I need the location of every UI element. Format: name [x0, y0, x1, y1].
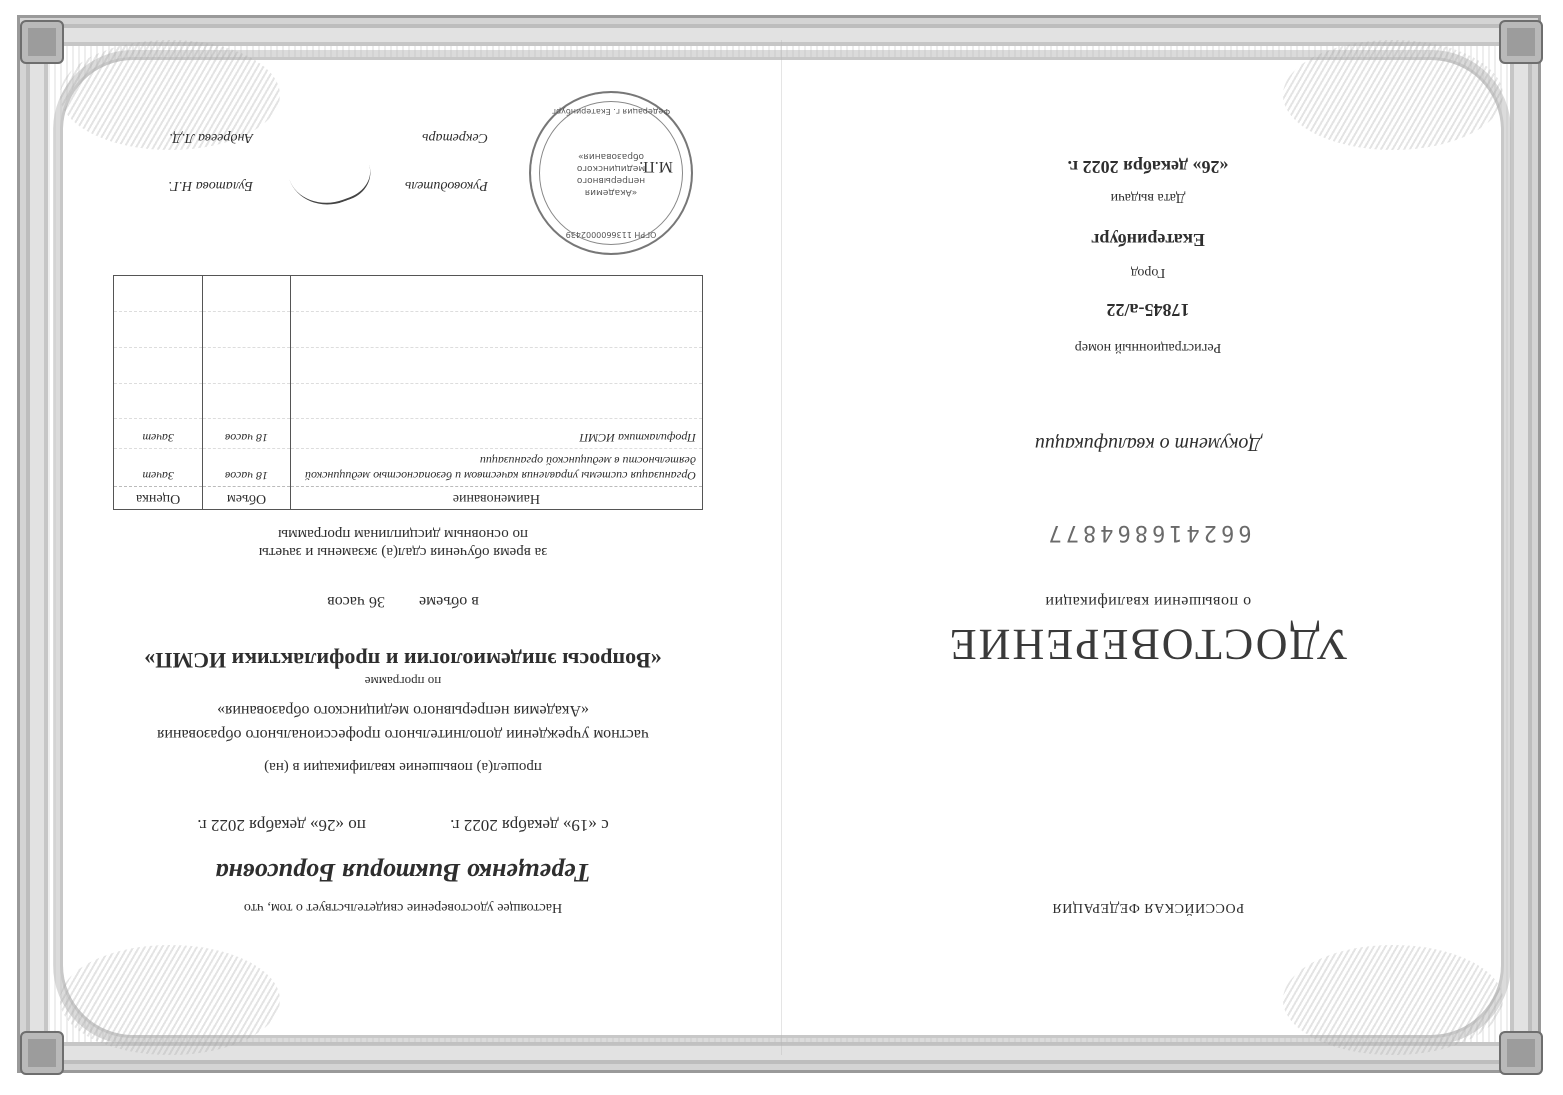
- stamp-ring-bottom: Федерация г. Екатеринбург: [531, 107, 691, 116]
- document-type: Документ о квалификации: [823, 432, 1473, 455]
- holder-name: Терещенко Виктория Борисовна: [93, 857, 713, 887]
- city-label: Город: [823, 264, 1473, 280]
- document-subtitle: о повышении квалификации: [823, 592, 1473, 610]
- volume: в объеме 36 часов: [93, 592, 713, 610]
- program-name: «Вопросы эпидемиологии и профилактики ИС…: [93, 647, 713, 673]
- stamp-ring-top: ОГРН 1136600002439: [531, 230, 691, 239]
- cover-page: РОССИЙСКАЯ ФЕДЕРАЦИЯ УДОСТОВЕРЕНИЕ о пов…: [823, 85, 1473, 1015]
- fold-line: [781, 40, 782, 1055]
- signer-role-secretary: Секретарь: [422, 129, 488, 145]
- body-page: Настоящее удостоверение свидетельствует …: [93, 85, 713, 1015]
- corner-ornament-icon: [1499, 1031, 1543, 1075]
- table-header-row: Наименование Объем Оценка: [114, 487, 703, 510]
- certificate-sheet: РОССИЙСКАЯ ФЕДЕРАЦИЯ УДОСТОВЕРЕНИЕ о пов…: [0, 0, 1563, 1095]
- city-value: Екатеринбург: [823, 229, 1473, 250]
- seal-mark: М.П.: [639, 157, 673, 175]
- table-row-empty: [114, 347, 703, 383]
- issue-date-label: Дата выдачи: [823, 189, 1473, 205]
- table-row-empty: [114, 311, 703, 347]
- organization-line-2: «Академия непрерывного медицинского обра…: [93, 701, 713, 719]
- period-from: с «19» декабря 2022 г.: [450, 816, 609, 835]
- organization-line-1: частном учреждении дополнительного профе…: [93, 725, 713, 743]
- discipline-name: Профилактика ИСМП: [290, 419, 702, 449]
- period-to: по «26» декабря 2022 г.: [197, 816, 366, 835]
- discipline-volume: 18 часов: [203, 419, 290, 449]
- signature-icon: [278, 121, 378, 216]
- signer-name-director: Булатова Н.Г.: [168, 177, 253, 193]
- exams-text-2: по основным дисциплинам программы: [93, 525, 713, 542]
- corner-ornament-icon: [20, 1031, 64, 1075]
- disciplines-table: Наименование Объем Оценка Организация си…: [113, 275, 703, 510]
- document-title: УДОСТОВЕРЕНИЕ: [823, 619, 1473, 670]
- corner-ornament-icon: [20, 20, 64, 64]
- table-row-empty: [114, 383, 703, 419]
- volume-label: в объеме: [419, 593, 479, 610]
- table-row: Профилактика ИСМП 18 часов Зачет: [114, 419, 703, 449]
- discipline-volume: 18 часов: [203, 449, 290, 487]
- country-name: РОССИЙСКАЯ ФЕДЕРАЦИЯ: [823, 899, 1473, 915]
- discipline-grade: Зачет: [114, 449, 203, 487]
- registration-label: Регистрационный номер: [823, 339, 1473, 355]
- header-name: Наименование: [290, 487, 702, 510]
- header-grade: Оценка: [114, 487, 203, 510]
- serial-number: 662416864877: [823, 520, 1473, 545]
- discipline-name: Организация системы управления качеством…: [290, 449, 702, 487]
- header-volume: Объем: [203, 487, 290, 510]
- exams-text-1: за время обучения сдал(а) экзамены и зач…: [93, 543, 713, 560]
- discipline-grade: Зачет: [114, 419, 203, 449]
- corner-ornament-icon: [1499, 20, 1543, 64]
- registration-number: 17845-а/22: [823, 299, 1473, 320]
- issue-date: «26» декабря 2022 г.: [823, 156, 1473, 177]
- table-row-empty: [114, 276, 703, 312]
- program-label: по программе: [93, 673, 713, 689]
- volume-value: 36 часов: [327, 593, 385, 610]
- intro-text: Настоящее удостоверение свидетельствует …: [93, 899, 713, 915]
- signer-role-director: Руководитель: [405, 177, 488, 193]
- table-row: Организация системы управления качеством…: [114, 449, 703, 487]
- completed-text: прошел(а) повышение квалификации в (на): [93, 758, 713, 775]
- signer-name-secretary: Андреева Л.Д.: [169, 129, 253, 145]
- training-period: с «19» декабря 2022 г. по «26» декабря 2…: [93, 815, 713, 835]
